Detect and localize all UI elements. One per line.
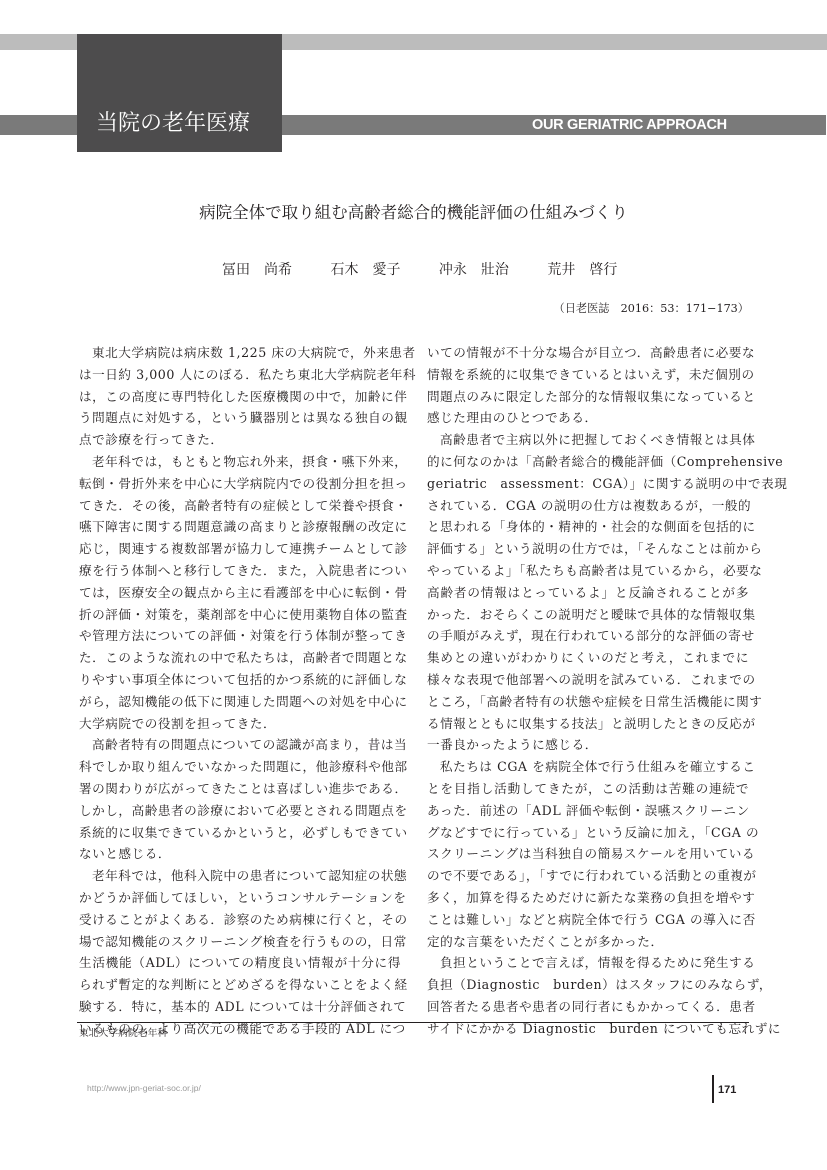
page-number: 171	[718, 1083, 736, 1097]
body-text-line: 情報を系統的に収集できているとはいえず，未だ個別の	[427, 364, 749, 386]
body-text-line: 転倒・骨折外来を中心に大学病院内での役割分担を担っ	[79, 473, 401, 495]
body-text-line: 療を行う体制へと移行してきた．また，入院患者につい	[79, 560, 401, 582]
body-text-line: た．このような流れの中で私たちは，高齢者で問題とな	[79, 647, 401, 669]
body-text-line: ことは難しい」などと病院全体で行う CGA の導入に否	[427, 909, 749, 931]
body-text-line: スクリーニングは当科独自の簡易スケールを用いている	[427, 843, 749, 865]
body-text-line: 験する．特に，基本的 ADL については十分評価されて	[79, 996, 401, 1018]
body-text-line: 負担ということで言えば，情報を得るために発生する	[427, 952, 749, 974]
article-title: 病院全体で取り組む高齢者総合的機能評価の仕組みづくり	[0, 202, 827, 224]
body-text-line: 集めとの違いがわかりにくいのだと考え，これまでに	[427, 647, 749, 669]
body-text-line: 大学病院での役割を担ってきた．	[79, 713, 401, 735]
body-text-line: されている．CGA の説明の仕方は複数あるが，一般的	[427, 495, 749, 517]
body-text-line: てきた．その後，高齢者特有の症候として栄養や摂食・	[79, 495, 401, 517]
body-text-line: う問題点に対処する，という臓器別とは異なる独自の観	[79, 407, 401, 429]
body-text-line: かどうか評価してほしい，というコンサルテーションを	[79, 887, 401, 909]
body-text-line: しかし，高齢患者の診療において必要とされる問題点を	[79, 800, 401, 822]
body-text-line: 定的な言葉をいただくことが多かった．	[427, 931, 749, 953]
body-text-line: ところ，「高齢者特有の状態や症候を日常生活機能に関す	[427, 691, 749, 713]
body-text-line: 様々な表現で他部署への説明を試みている．これまでの	[427, 669, 749, 691]
author-given-name: 尚希	[264, 262, 292, 278]
author: 冨田尚希	[222, 260, 292, 280]
body-text-line: あった．前述の「ADL 評価や転倒・誤嚥スクリーニン	[427, 800, 749, 822]
body-text-line: 生活機能（ADL）についての精度良い情報が十分に得	[79, 952, 401, 974]
author: 石木愛子	[330, 260, 400, 280]
author-given-name: 愛子	[372, 262, 400, 278]
body-text-line: 高齢者特有の問題点についての認識が高まり，昔は当	[79, 734, 401, 756]
body-text-line: 応じ，関連する複数部署が協力して連携チームとして診	[79, 538, 401, 560]
body-text-line: 高齢者の情報はとっているよ」と反論されることが多	[427, 582, 749, 604]
body-text-line: サイドにかかる Diagnostic burden についても忘れずに	[427, 1018, 749, 1040]
author-given-name: 啓行	[589, 262, 617, 278]
body-text-line: りやすい事項全体について包括的かつ系統的に評価しな	[79, 669, 401, 691]
body-text-line: る情報とともに収集する技法」と説明したときの反応が	[427, 713, 749, 735]
body-column-left: 東北大学病院は病床数 1,225 床の大病院で，外来患者は一日約 3,000 人…	[79, 342, 401, 1040]
author: 冲永壯治	[439, 260, 509, 280]
footer-rule	[77, 1022, 749, 1023]
body-text-line: 老年科では，他科入院中の患者について認知症の状態	[79, 865, 401, 887]
author-family-name: 石木	[330, 262, 358, 278]
body-text-line: 東北大学病院は病床数 1,225 床の大病院で，外来患者	[79, 342, 401, 364]
body-text-line: 負担（Diagnostic burden）はスタッフにのみならず，	[427, 974, 749, 996]
body-text-line: 折の評価・対策を，薬剤部を中心に使用薬物自体の監査	[79, 604, 401, 626]
author-family-name: 荒井	[547, 262, 575, 278]
body-text-line: の手順がみえず，現在行われている部分的な評価の寄せ	[427, 625, 749, 647]
body-text-line: と思われる「身体的・精神的・社会的な側面を包括的に	[427, 516, 749, 538]
body-text-line: は一日約 3,000 人にのぼる．私たち東北大学病院老年科	[79, 364, 401, 386]
author-family-name: 冲永	[439, 262, 467, 278]
author: 荒井啓行	[547, 260, 617, 280]
body-text-line: かった．おそらくこの説明だと曖昧で具体的な情報収集	[427, 604, 749, 626]
body-text-line: 一番良かったように感じる．	[427, 734, 749, 756]
body-text-line: 多く，加算を得るためだけに新たな業務の負担を増やす	[427, 887, 749, 909]
section-title-en: OUR GERIATRIC APPROACH	[532, 116, 727, 134]
author-family-name: 冨田	[222, 262, 250, 278]
body-text-line: 回答者たる患者や患者の同行者にもかかってくる．患者	[427, 996, 749, 1018]
body-text-line: いての情報が不十分な場合が目立つ．高齢患者に必要な	[427, 342, 749, 364]
body-text-line: 科でしか取り組んでいなかった問題に，他診療科や他部	[79, 756, 401, 778]
body-text-line: ないと感じる．	[79, 843, 401, 865]
body-text-line: 受けることがよくある．診察のため病棟に行くと，その	[79, 909, 401, 931]
body-text-line: 私たちは CGA を病院全体で行う仕組みを確立するこ	[427, 756, 749, 778]
section-title-ja: 当院の老年医療	[96, 110, 250, 138]
body-text-line: ては，医療安全の観点から主に看護部を中心に転倒・骨	[79, 582, 401, 604]
body-text-line: geriatric assessment：CGA）」に関する説明の中で表現	[427, 473, 749, 495]
author-list: 冨田尚希 石木愛子 冲永壯治 荒井啓行	[222, 260, 651, 280]
body-text-line: グなどすでに行っている」という反論に加え，「CGA の	[427, 822, 749, 844]
body-text-line: 系統的に収集できているかというと，必ずしもできてい	[79, 822, 401, 844]
body-text-line: や管理方法についての評価・対策を行う体制が整ってき	[79, 625, 401, 647]
body-text-line: やっているよ」「私たちも高齢者は見ているから，必要な	[427, 560, 749, 582]
author-given-name: 壯治	[481, 262, 509, 278]
body-text-line: 的に何なのかは「高齢者総合的機能評価（Comprehensive	[427, 451, 749, 473]
body-text-line: とを目指し活動してきたが，この活動は苦難の連続で	[427, 778, 749, 800]
society-url[interactable]: http://www.jpn-geriat-soc.or.jp/	[87, 1082, 201, 1094]
body-column-right: いての情報が不十分な場合が目立つ．高齢患者に必要な情報を系統的に収集できていると…	[427, 342, 749, 1040]
body-text-line: 点で診療を行ってきた．	[79, 429, 401, 451]
body-text-line: は，この高度に専門特化した医療機関の中で，加齢に伴	[79, 386, 401, 408]
journal-citation: （日老医誌 2016：53：171−173）	[554, 301, 749, 317]
body-text-line: 問題点のみに限定した部分的な情報収集になっていると	[427, 386, 749, 408]
body-text-line: られず暫定的な判断にとどめざるを得ないことをよく経	[79, 974, 401, 996]
body-text-line: がら，認知機能の低下に関連した問題への対処を中心に	[79, 691, 401, 713]
body-text-line: 評価する」という説明の仕方では，「そんなことは前から	[427, 538, 749, 560]
body-text-line: 場で認知機能のスクリーニング検査を行うものの，日常	[79, 931, 401, 953]
body-text-line: ので不要である」，「すでに行われている活動との重複が	[427, 865, 749, 887]
page-number-divider	[712, 1075, 714, 1103]
body-text-line: 嚥下障害に関する問題意識の高まりと診療報酬の改定に	[79, 516, 401, 538]
body-text-line: 高齢患者で主病以外に把握しておくべき情報とは具体	[427, 429, 749, 451]
body-text-line: 老年科では，もともと物忘れ外来，摂食・嚥下外来，	[79, 451, 401, 473]
body-text-line: 署の関わりが広がってきたことは喜ばしい進歩である．	[79, 778, 401, 800]
author-affiliation: 東北大学病院老年科	[79, 1027, 167, 1041]
body-text-line: 感じた理由のひとつである．	[427, 407, 749, 429]
